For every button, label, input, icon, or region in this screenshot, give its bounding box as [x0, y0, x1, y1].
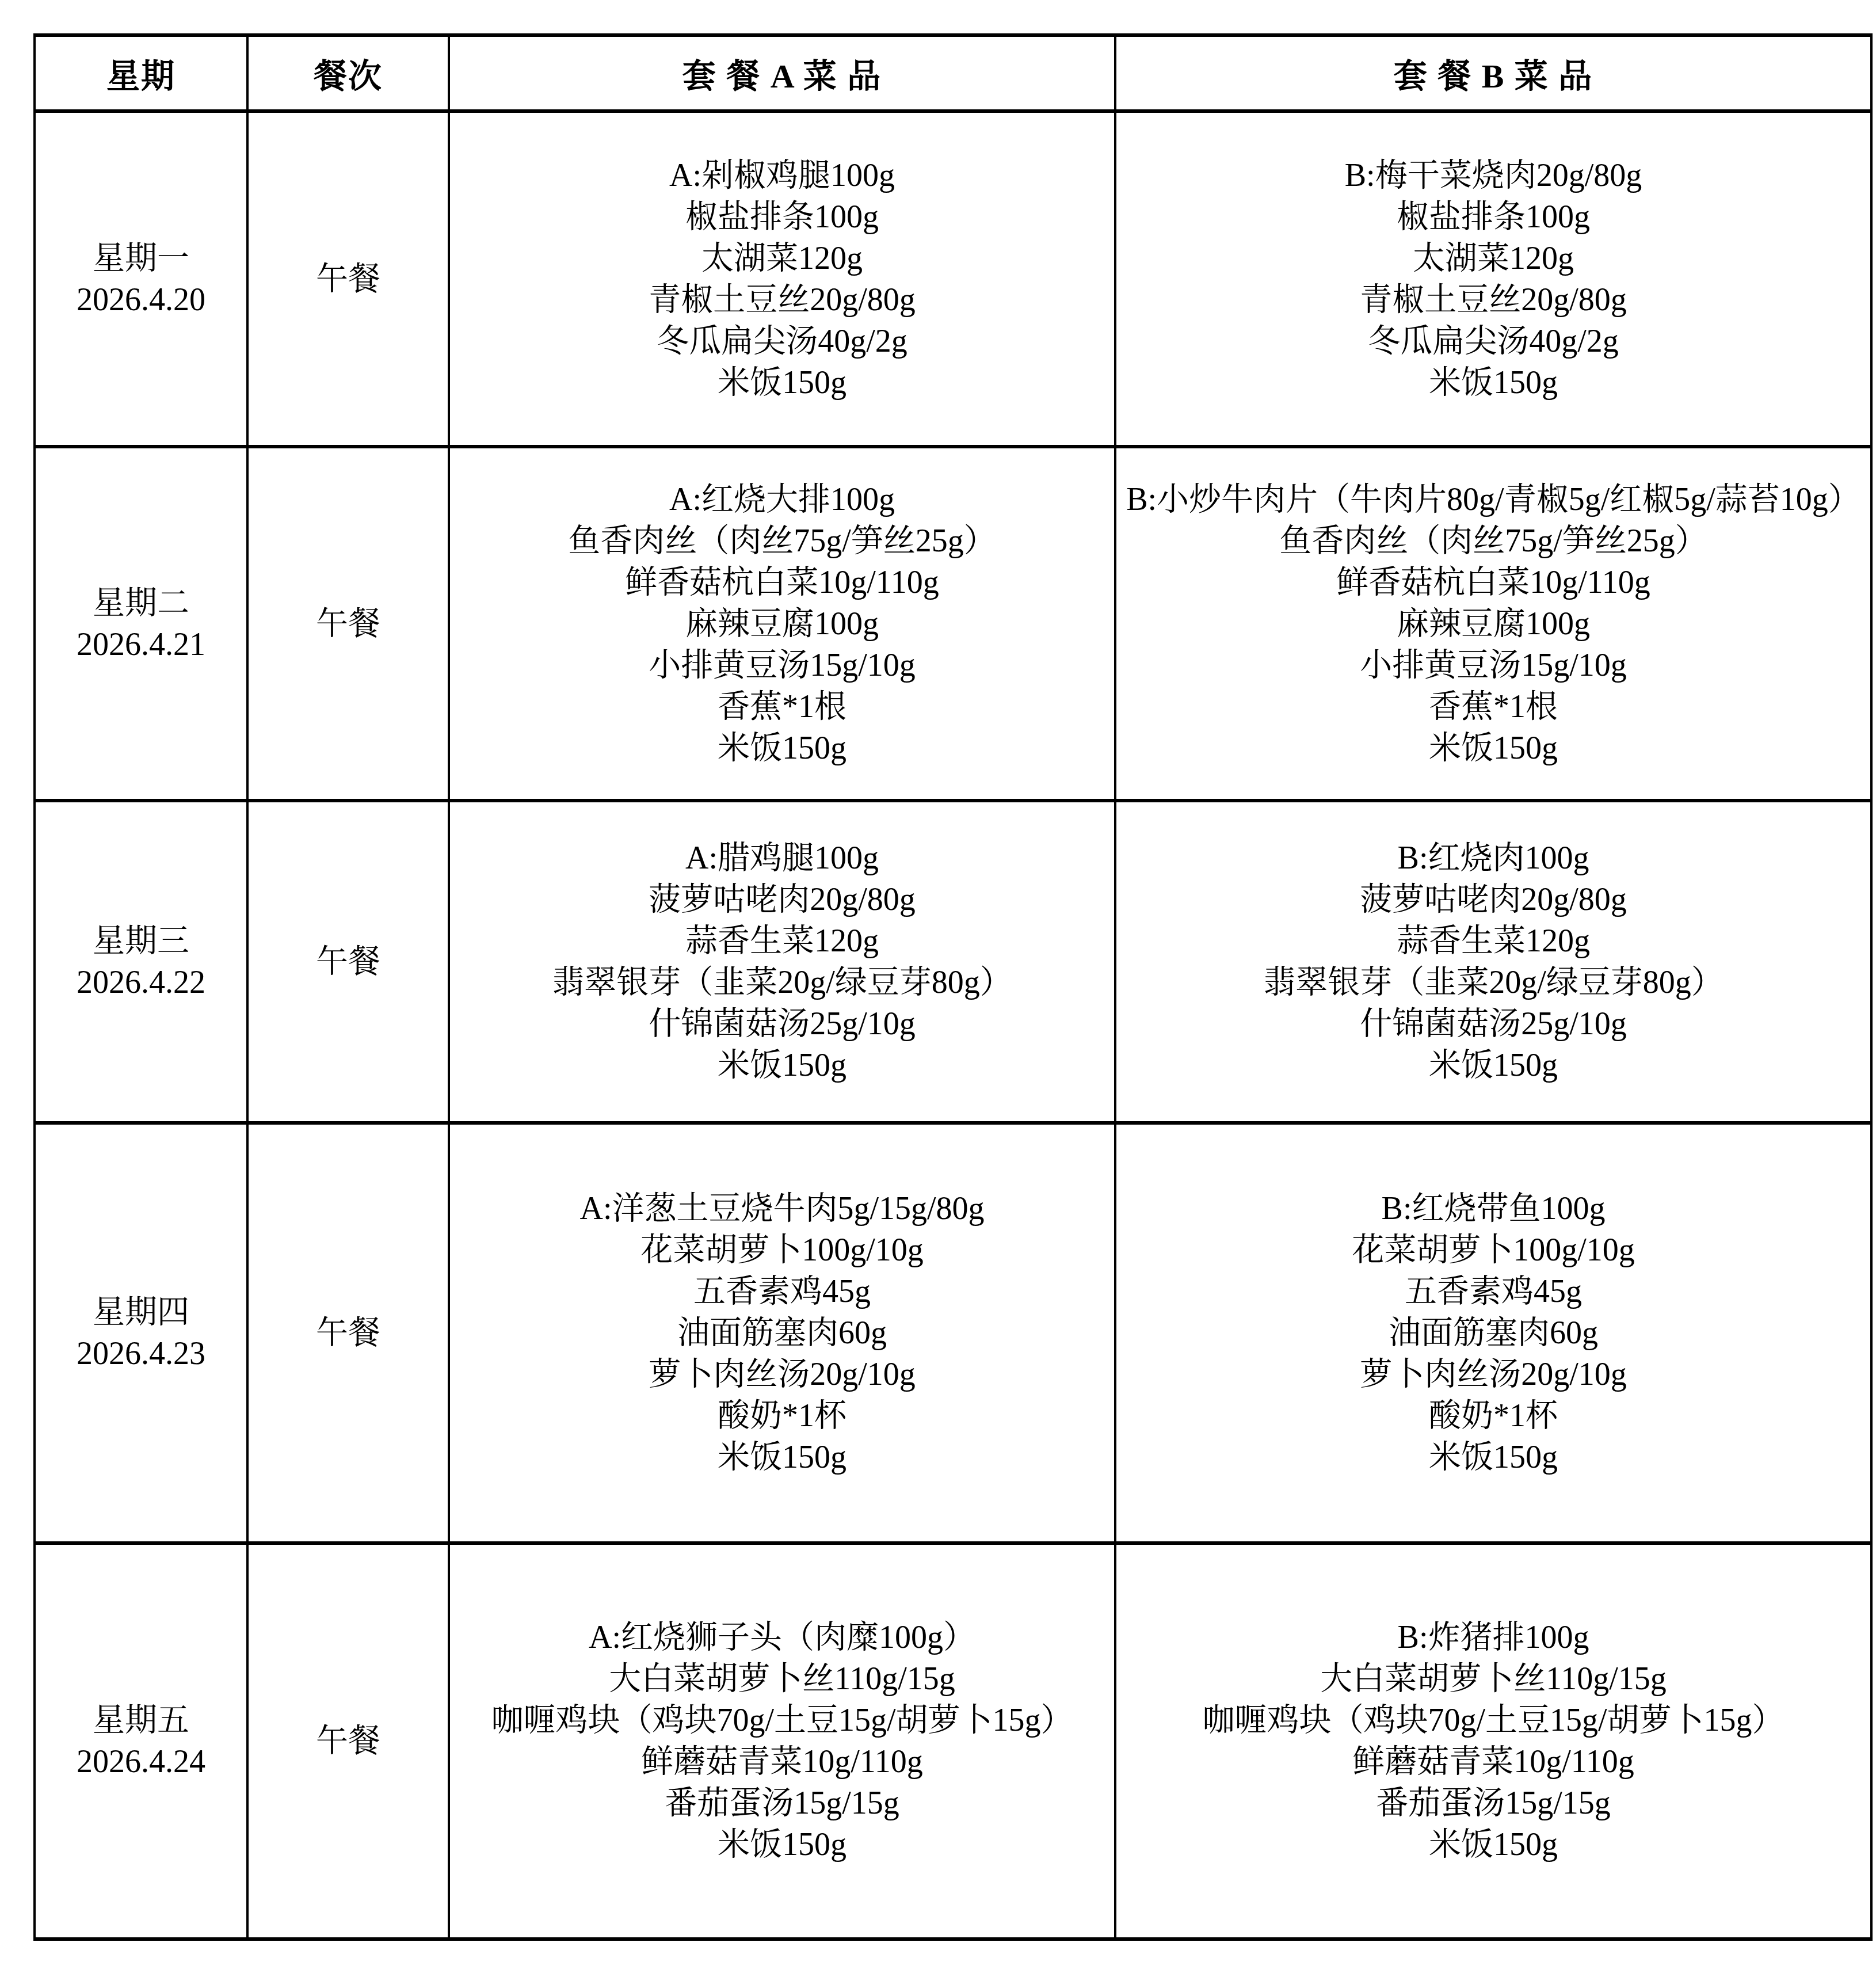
dish-line: A:剁椒鸡腿100g	[457, 155, 1107, 196]
dish-line: 米饭150g	[1123, 1437, 1863, 1478]
dish-line: 太湖菜120g	[1123, 238, 1863, 279]
dish-line: 什锦菌菇汤25g/10g	[457, 1003, 1107, 1045]
header-meal: 餐次	[247, 35, 449, 111]
set-b-cell: B:梅干菜烧肉20g/80g椒盐排条100g太湖菜120g青椒土豆丝20g/80…	[1115, 111, 1871, 447]
set-a-cell: A:剁椒鸡腿100g椒盐排条100g太湖菜120g青椒土豆丝20g/80g冬瓜扁…	[449, 111, 1115, 447]
header-week: 星期	[35, 35, 247, 111]
meal-label: 午餐	[256, 1720, 441, 1762]
set-a-cell: A:红烧大排100g鱼香肉丝（肉丝75g/笋丝25g）鲜香菇杭白菜10g/110…	[449, 447, 1115, 801]
dish-line: 鲜蘑菇青菜10g/110g	[457, 1741, 1107, 1782]
set-b-cell: B:炸猪排100g大白菜胡萝卜丝110g/15g咖喱鸡块（鸡块70g/土豆15g…	[1115, 1543, 1871, 1939]
dish-line: 麻辣豆腐100g	[1123, 603, 1863, 645]
dish-line: 萝卜肉丝汤20g/10g	[457, 1354, 1107, 1395]
dish-line: 青椒土豆丝20g/80g	[1123, 279, 1863, 321]
dish-line: B:红烧带鱼100g	[1123, 1188, 1863, 1229]
dish-line: 翡翠银芽（韭菜20g/绿豆芽80g）	[457, 962, 1107, 1003]
day-label: 星期四	[43, 1292, 239, 1333]
day-cell: 星期二 2026.4.21	[35, 447, 247, 801]
dish-line: 花菜胡萝卜100g/10g	[1123, 1229, 1863, 1271]
day-label: 星期三	[43, 920, 239, 962]
dish-line: 酸奶*1杯	[457, 1395, 1107, 1437]
dish-line: 菠萝咕咾肉20g/80g	[1123, 879, 1863, 920]
dish-line: B:炸猪排100g	[1123, 1617, 1863, 1658]
dish-line: 米饭150g	[1123, 1824, 1863, 1865]
dish-line: 蒜香生菜120g	[1123, 920, 1863, 962]
dish-line: 冬瓜扁尖汤40g/2g	[1123, 321, 1863, 362]
day-label: 星期二	[43, 582, 239, 624]
dish-line: 酸奶*1杯	[1123, 1395, 1863, 1437]
dish-line: 什锦菌菇汤25g/10g	[1123, 1003, 1863, 1045]
dish-line: 米饭150g	[1123, 362, 1863, 403]
day-cell: 星期三 2026.4.22	[35, 801, 247, 1123]
date-label: 2026.4.24	[43, 1741, 239, 1782]
meal-cell: 午餐	[247, 111, 449, 447]
dish-line: 蒜香生菜120g	[457, 920, 1107, 962]
dish-line: 大白菜胡萝卜丝110g/15g	[1123, 1658, 1863, 1700]
date-label: 2026.4.22	[43, 962, 239, 1003]
dish-line: 小排黄豆汤15g/10g	[457, 645, 1107, 686]
dish-line: 鲜香菇杭白菜10g/110g	[457, 562, 1107, 603]
dish-line: 萝卜肉丝汤20g/10g	[1123, 1354, 1863, 1395]
dish-line: 椒盐排条100g	[1123, 196, 1863, 238]
day-cell: 星期一 2026.4.20	[35, 111, 247, 447]
dish-line: 太湖菜120g	[457, 238, 1107, 279]
dish-line: 五香素鸡45g	[1123, 1271, 1863, 1312]
date-label: 2026.4.20	[43, 279, 239, 321]
dish-line: 香蕉*1根	[457, 686, 1107, 728]
dish-line: 花菜胡萝卜100g/10g	[457, 1229, 1107, 1271]
dish-line: 米饭150g	[457, 1045, 1107, 1086]
dish-line: 米饭150g	[1123, 728, 1863, 769]
table-row-friday: 星期五 2026.4.24 午餐 A:红烧狮子头（肉糜100g）大白菜胡萝卜丝1…	[35, 1543, 1871, 1939]
weekly-lunch-menu-table: 星期 餐次 套 餐 A 菜 品 套 餐 B 菜 品 星期一 2026.4.20 …	[33, 33, 1873, 1941]
day-label: 星期一	[43, 238, 239, 279]
dish-line: 米饭150g	[457, 728, 1107, 769]
dish-line: 椒盐排条100g	[457, 196, 1107, 238]
dish-line: 菠萝咕咾肉20g/80g	[457, 879, 1107, 920]
meal-label: 午餐	[256, 941, 441, 982]
set-a-cell: A:腊鸡腿100g菠萝咕咾肉20g/80g蒜香生菜120g翡翠银芽（韭菜20g/…	[449, 801, 1115, 1123]
set-a-cell: A:红烧狮子头（肉糜100g）大白菜胡萝卜丝110g/15g咖喱鸡块（鸡块70g…	[449, 1543, 1115, 1939]
dish-line: 大白菜胡萝卜丝110g/15g	[457, 1658, 1107, 1700]
dish-line: 鱼香肉丝（肉丝75g/笋丝25g）	[457, 520, 1107, 562]
meal-cell: 午餐	[247, 447, 449, 801]
date-label: 2026.4.21	[43, 624, 239, 665]
dish-line: 咖喱鸡块（鸡块70g/土豆15g/胡萝卜15g）	[1123, 1700, 1863, 1741]
table-row-tuesday: 星期二 2026.4.21 午餐 A:红烧大排100g鱼香肉丝（肉丝75g/笋丝…	[35, 447, 1871, 801]
table-row-wednesday: 星期三 2026.4.22 午餐 A:腊鸡腿100g菠萝咕咾肉20g/80g蒜香…	[35, 801, 1871, 1123]
dish-line: 番茄蛋汤15g/15g	[1123, 1782, 1863, 1824]
dish-line: A:腊鸡腿100g	[457, 837, 1107, 879]
meal-cell: 午餐	[247, 801, 449, 1123]
dish-line: 米饭150g	[457, 1824, 1107, 1865]
dish-line: 番茄蛋汤15g/15g	[457, 1782, 1107, 1824]
set-b-cell: B:红烧肉100g菠萝咕咾肉20g/80g蒜香生菜120g翡翠银芽（韭菜20g/…	[1115, 801, 1871, 1123]
meal-label: 午餐	[256, 1312, 441, 1354]
dish-line: 翡翠银芽（韭菜20g/绿豆芽80g）	[1123, 962, 1863, 1003]
set-b-cell: B:红烧带鱼100g花菜胡萝卜100g/10g五香素鸡45g油面筋塞肉60g萝卜…	[1115, 1123, 1871, 1543]
table-row-thursday: 星期四 2026.4.23 午餐 A:洋葱土豆烧牛肉5g/15g/80g花菜胡萝…	[35, 1123, 1871, 1543]
day-label: 星期五	[43, 1700, 239, 1741]
dish-line: 鲜蘑菇青菜10g/110g	[1123, 1741, 1863, 1782]
day-cell: 星期四 2026.4.23	[35, 1123, 247, 1543]
dish-line: 米饭150g	[457, 362, 1107, 403]
dish-line: A:红烧狮子头（肉糜100g）	[457, 1617, 1107, 1658]
dish-line: 香蕉*1根	[1123, 686, 1863, 728]
dish-line: 五香素鸡45g	[457, 1271, 1107, 1312]
table-row-monday: 星期一 2026.4.20 午餐 A:剁椒鸡腿100g椒盐排条100g太湖菜12…	[35, 111, 1871, 447]
header-set-b: 套 餐 B 菜 品	[1115, 35, 1871, 111]
menu-page: 星期 餐次 套 餐 A 菜 品 套 餐 B 菜 品 星期一 2026.4.20 …	[0, 0, 1876, 1973]
dish-line: B:梅干菜烧肉20g/80g	[1123, 155, 1863, 196]
meal-cell: 午餐	[247, 1543, 449, 1939]
dish-line: 油面筋塞肉60g	[1123, 1312, 1863, 1354]
dish-line: B:小炒牛肉片（牛肉片80g/青椒5g/红椒5g/蒜苔10g）	[1123, 479, 1863, 520]
dish-line: B:红烧肉100g	[1123, 837, 1863, 879]
dish-line: 冬瓜扁尖汤40g/2g	[457, 321, 1107, 362]
dish-line: 咖喱鸡块（鸡块70g/土豆15g/胡萝卜15g）	[457, 1700, 1107, 1741]
dish-line: 青椒土豆丝20g/80g	[457, 279, 1107, 321]
dish-line: 麻辣豆腐100g	[457, 603, 1107, 645]
dish-line: 小排黄豆汤15g/10g	[1123, 645, 1863, 686]
dish-line: A:红烧大排100g	[457, 479, 1107, 520]
dish-line: 米饭150g	[1123, 1045, 1863, 1086]
meal-cell: 午餐	[247, 1123, 449, 1543]
day-cell: 星期五 2026.4.24	[35, 1543, 247, 1939]
date-label: 2026.4.23	[43, 1333, 239, 1374]
set-b-cell: B:小炒牛肉片（牛肉片80g/青椒5g/红椒5g/蒜苔10g）鱼香肉丝（肉丝75…	[1115, 447, 1871, 801]
set-a-cell: A:洋葱土豆烧牛肉5g/15g/80g花菜胡萝卜100g/10g五香素鸡45g油…	[449, 1123, 1115, 1543]
dish-line: 米饭150g	[457, 1437, 1107, 1478]
dish-line: 油面筋塞肉60g	[457, 1312, 1107, 1354]
dish-line: 鱼香肉丝（肉丝75g/笋丝25g）	[1123, 520, 1863, 562]
header-row: 星期 餐次 套 餐 A 菜 品 套 餐 B 菜 品	[35, 35, 1871, 111]
meal-label: 午餐	[256, 603, 441, 645]
dish-line: A:洋葱土豆烧牛肉5g/15g/80g	[457, 1188, 1107, 1229]
meal-label: 午餐	[256, 258, 441, 300]
header-set-a: 套 餐 A 菜 品	[449, 35, 1115, 111]
dish-line: 鲜香菇杭白菜10g/110g	[1123, 562, 1863, 603]
